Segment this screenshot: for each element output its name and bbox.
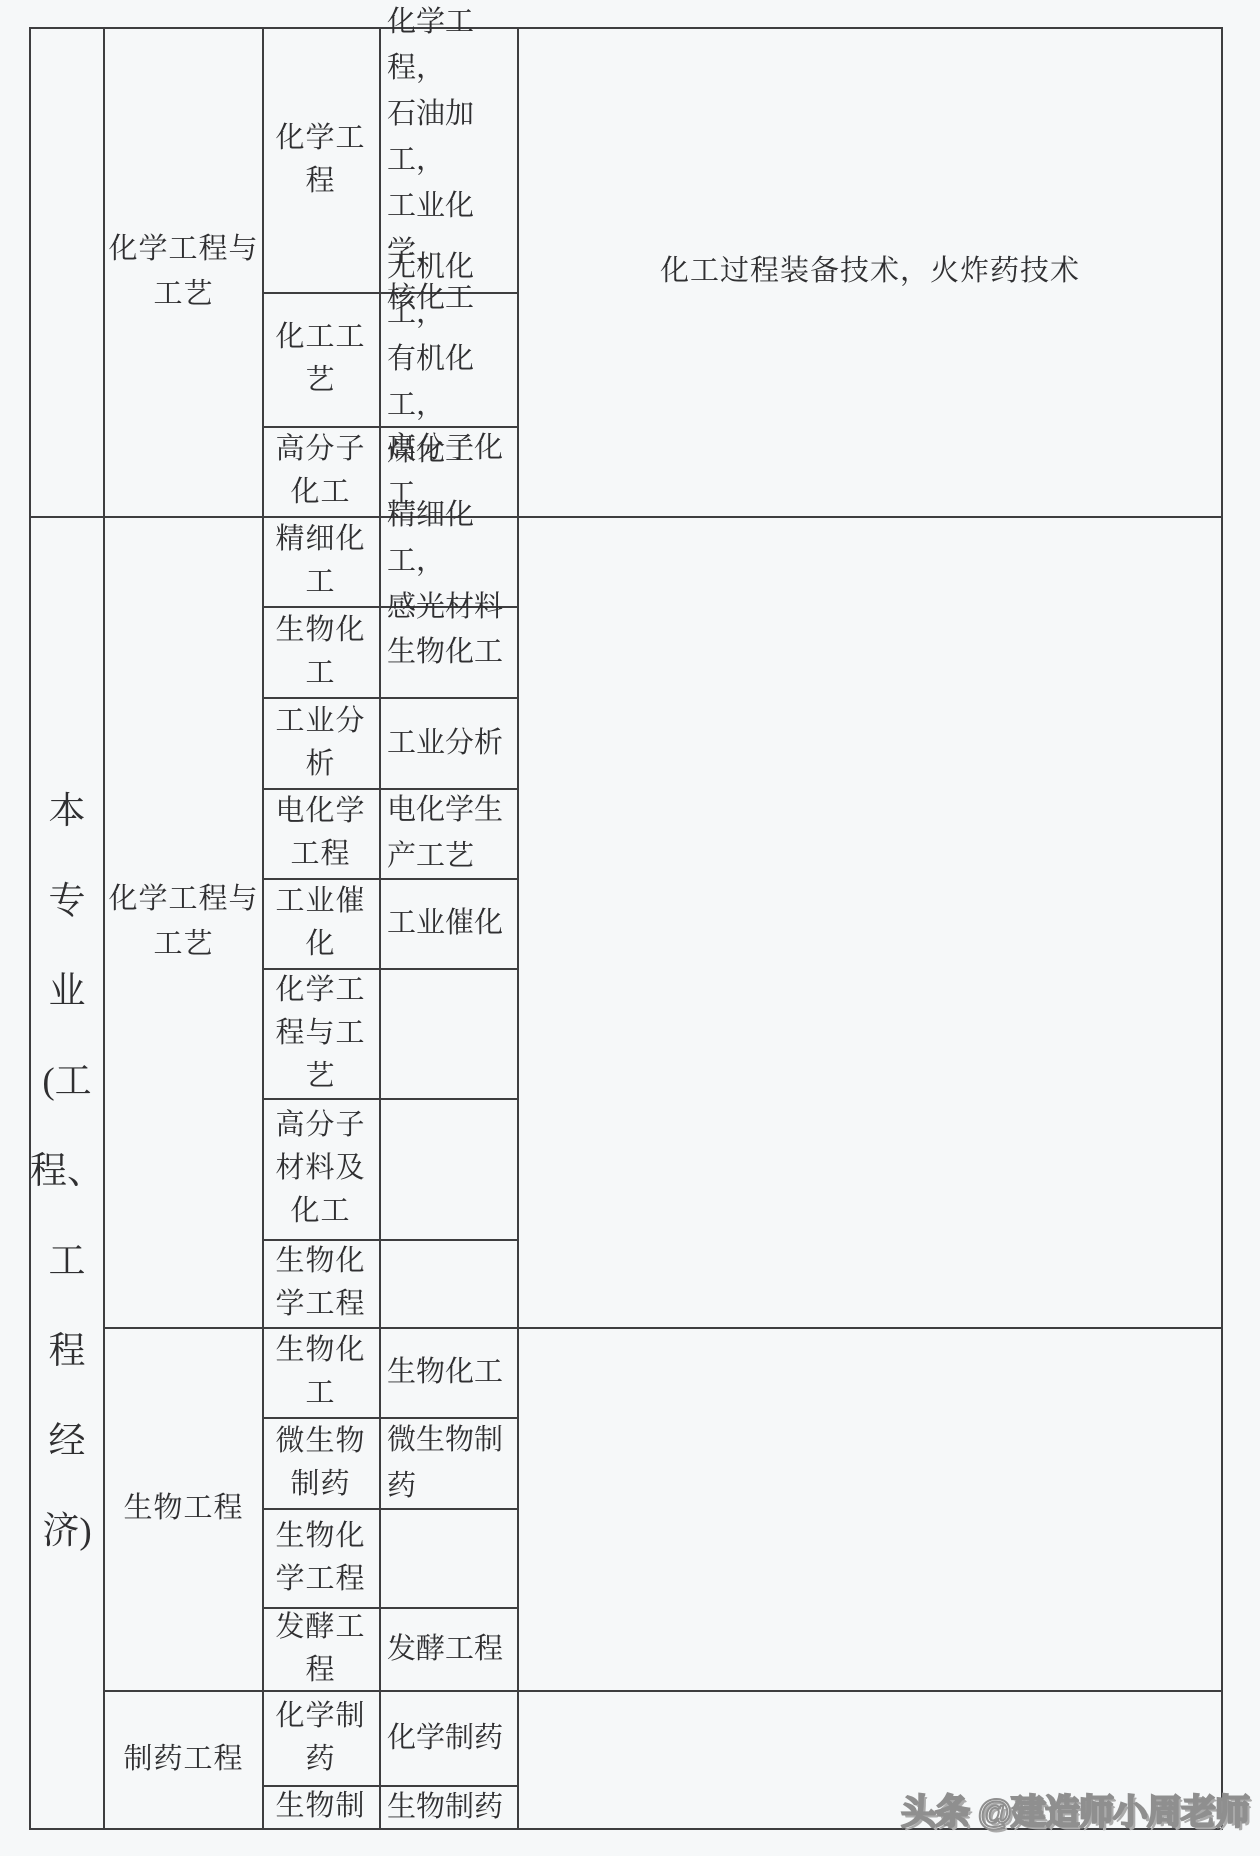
major-cell: 工业催 化 xyxy=(264,878,377,968)
major-cell: 生物化 学工程 xyxy=(264,1508,377,1607)
category-cell: 制药工程 xyxy=(105,1690,262,1828)
side-header-char: 济) xyxy=(42,1487,91,1577)
related-major-cell: 工业分析 xyxy=(381,697,515,788)
related-major-cell: 生物化工 xyxy=(381,606,515,697)
major-cell: 生物制 xyxy=(264,1785,377,1828)
related-major-cell: 发酵工程 xyxy=(381,1607,515,1690)
side-header-char: 程 xyxy=(49,1307,86,1397)
related-major-cell: 化学制药 xyxy=(381,1690,515,1785)
related-major-cell: 精细化工， 感光材料 xyxy=(381,516,515,606)
watermark: 头条 @建造师小周老师 xyxy=(901,1785,1249,1835)
side-header-char: 本 xyxy=(49,767,86,857)
major-cell: 化工工 艺 xyxy=(264,292,377,426)
major-cell: 高分子 化工 xyxy=(264,426,377,516)
major-cell: 生物化 工 xyxy=(264,1327,377,1417)
side-header-char: 业 xyxy=(49,947,86,1037)
category-cell: 化学工程与 工艺 xyxy=(105,27,262,516)
related-major-cell: 工业催化 xyxy=(381,878,515,968)
major-cell: 发酵工 程 xyxy=(264,1607,377,1690)
major-cell: 微生物 制药 xyxy=(264,1417,377,1508)
major-cell: 生物化 工 xyxy=(264,606,377,697)
major-cell: 精细化 工 xyxy=(264,516,377,606)
side-header-char: 经 xyxy=(49,1397,86,1487)
related-major-cell: 微生物制 药 xyxy=(381,1417,515,1508)
side-header-char: (工 xyxy=(42,1037,91,1127)
side-header-char: 工 xyxy=(49,1217,86,1307)
category-cell: 化学工程与 工艺 xyxy=(105,516,262,1327)
related-major-cell: 生物制药 xyxy=(381,1785,515,1828)
side-header-char: 程、 xyxy=(30,1127,104,1217)
related-major-cell: 无机化工， 有机化工， 煤化工 xyxy=(381,292,515,426)
major-cell: 高分子 材料及 化工 xyxy=(264,1098,377,1239)
scanned-document-page: 本 专 业 (工 程、 工 程 经 济) 化学工程与 工艺 化学工程与 工艺 生… xyxy=(0,0,1260,1856)
major-cell: 电化学 工程 xyxy=(264,788,377,878)
major-cell: 化学制 药 xyxy=(264,1690,377,1785)
major-cell: 化学工 程与工 艺 xyxy=(264,968,377,1098)
category-cell: 生物工程 xyxy=(105,1327,262,1690)
major-cell: 工业分 析 xyxy=(264,697,377,788)
major-cell: 化学工 程 xyxy=(264,27,377,292)
related-major-cell: 电化学生 产工艺 xyxy=(381,788,515,878)
side-header-major-category: 本 专 业 (工 程、 工 程 经 济) xyxy=(31,516,103,1828)
note-cell: 化工过程装备技术，火炸药技术 xyxy=(519,27,1221,516)
related-major-cell: 生物化工 xyxy=(381,1327,515,1417)
major-cell: 生物化 学工程 xyxy=(264,1239,377,1327)
side-header-char: 专 xyxy=(49,857,86,947)
table-border-right xyxy=(1221,27,1223,1830)
